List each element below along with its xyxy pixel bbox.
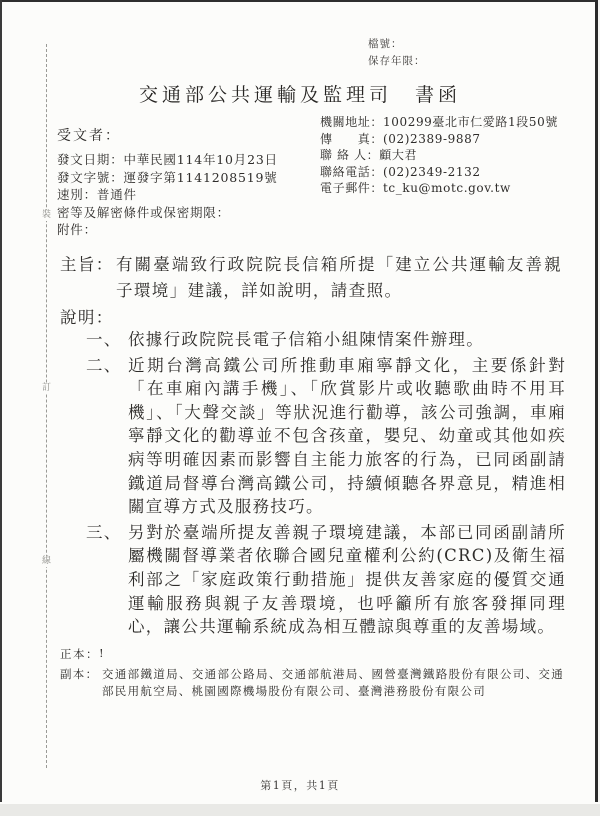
copy-value: 交通部鐵道局、交通部公路局、交通部航港局、國營臺灣鐵路股份有限公司、交通部民用航… [102,666,564,700]
subject-text: 有關臺端致行政院院長信箱所提「建立公共運輸友善親子環境」建議，詳如說明，請查照。 [116,252,562,304]
item-number: 三、 [86,521,128,639]
original-recipient-row: 正本： ! [60,646,105,662]
scan-edge-left [0,0,2,802]
explanation-item-1: 一、 依據行政院院長電子信箱小組陳情案件辦理。 [86,328,568,352]
scan-edge-top [0,0,600,2]
agency-contact-person: 聯 絡 人：顧大君 [320,147,558,164]
item-text: 依據行政院院長電子信箱小組陳情案件辦理。 [128,328,566,352]
document-title: 交通部公共運輸及監理司 書函 [0,80,600,107]
original-label: 正本： [60,646,99,662]
explanation-item-2: 二、 近期台灣高鐵公司所推動車廂寧靜文化，主要係針對「在車廂內講手機」、「欣賞影… [86,354,568,519]
binding-mark-zhuang: 裝 [39,210,54,221]
binding-dotted-line [46,44,47,768]
file-number-block: 檔號： 保存年限： [368,36,426,70]
subject-label: 主旨： [60,252,116,304]
agency-phone: 聯絡電話：(02)2349-2132 [320,164,558,181]
dispatch-meta-block: 發文日期：中華民國114年10月23日 發文字號：運發字第1141208519號… [57,151,278,239]
scan-edge-bottom [0,804,600,816]
dispatch-attachment: 附件： [57,221,278,239]
explanation-item-3: 三、 另對於臺端所提友善親子環境建議，本部已同函副請所屬機關督導業者依聯合國兒童… [86,521,568,639]
recipient-label: 受文者： [57,125,121,145]
agency-email: 電子郵件：tc_ku@motc.gov.tw [320,180,558,197]
scan-edge-right [595,0,598,802]
dispatch-date: 發文日期：中華民國114年10月23日 [57,151,278,169]
item-number: 二、 [86,354,128,519]
explanation-items: 一、 依據行政院院長電子信箱小組陳情案件辦理。 二、 近期台灣高鐵公司所推動車廂… [86,328,568,641]
copy-label: 副本： [60,666,102,700]
page-number-footer: 第1頁，共1頁 [0,777,600,793]
original-value: ! [99,646,105,662]
item-number: 一、 [86,328,128,352]
copy-recipients-row: 副本： 交通部鐵道局、交通部公路局、交通部航港局、國營臺灣鐵路股份有限公司、交通… [60,666,564,700]
scanned-document-page: 裝 訂 線 檔號： 保存年限： 交通部公共運輸及監理司 書函 受文者： 機關地址… [0,0,600,816]
retention-period-label: 保存年限： [368,53,426,70]
agency-address: 機關地址：100299臺北市仁愛路1段50號 [320,114,558,131]
dispatch-number: 發文字號：運發字第1141208519號 [57,169,278,187]
dispatch-security: 密等及解密條件或保密期限： [57,204,278,222]
item-text: 近期台灣高鐵公司所推動車廂寧靜文化，主要係針對「在車廂內講手機」、「欣賞影片或收… [128,354,566,519]
dispatch-speed: 速別：普通件 [57,186,278,204]
binding-mark-ding: 訂 [39,383,54,394]
file-number-label: 檔號： [368,36,426,53]
agency-fax: 傳 真：(02)2389-9887 [320,131,558,148]
agency-contact-block: 機關地址：100299臺北市仁愛路1段50號 傳 真：(02)2389-9887… [320,114,558,197]
binding-mark-xian: 線 [39,556,54,567]
subject-row: 主旨： 有關臺端致行政院院長信箱所提「建立公共運輸友善親子環境」建議，詳如說明，… [60,252,562,304]
explanation-label: 說明： [60,304,114,328]
item-text: 另對於臺端所提友善親子環境建議，本部已同函副請所屬機關督導業者依聯合國兒童權利公… [128,521,566,639]
